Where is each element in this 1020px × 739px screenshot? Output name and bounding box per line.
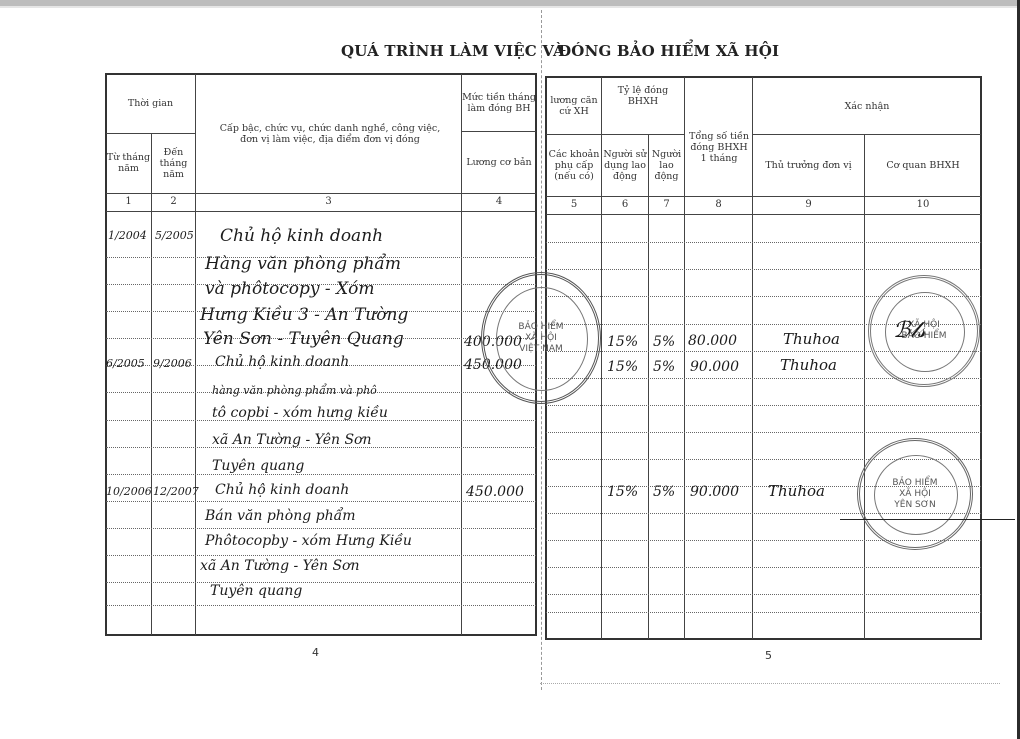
header-employer: Người sử dụng lao động: [602, 136, 648, 195]
column-number: 7: [649, 199, 684, 210]
row-2-employer-rate: 15%: [607, 359, 638, 375]
row-3-from: 10/2006: [106, 485, 152, 498]
column-number: 2: [152, 196, 195, 207]
agency-signature-1: ℬ𝓁𝓈: [893, 318, 926, 343]
grid-line: [546, 196, 981, 197]
seal-inner-ring: [496, 287, 588, 391]
grid-line: [195, 74, 196, 635]
row-1-description-line: và phôtocopy - Xóm: [205, 279, 375, 299]
header-allowances: Các khoản phụ cấp (nếu có): [547, 136, 601, 195]
grid-line: [546, 214, 981, 215]
row-1-unit-head-signature: Thuhoa: [783, 330, 840, 348]
row-2-description-line: Tuyên quang: [212, 458, 304, 474]
column-number: 5: [547, 199, 601, 210]
row-3-base-salary: 450.000: [466, 484, 524, 500]
page-number-right: 5: [765, 649, 772, 662]
row-2-total: 90.000: [690, 359, 739, 375]
row-1-description-line: Hưng Kiều 3 - An Tường: [200, 305, 408, 325]
header-confirm: Xác nhận: [753, 78, 981, 134]
ruled-line: [546, 612, 981, 613]
header-base-salary: Lương cơ bản: [462, 132, 536, 192]
agency-seal-2: BẢO HIỂM XÃ HỘI YÊN SƠN: [857, 438, 973, 550]
header-position: Cấp bậc, chức vụ, chức danh nghề, công v…: [215, 75, 445, 192]
grid-line: [684, 77, 685, 639]
grid-line: [106, 211, 536, 212]
row-3-employer-rate: 15%: [607, 484, 638, 500]
row-1-description-line: Yên Sơn - Tuyên Quang: [203, 329, 404, 349]
grid-line: [601, 135, 602, 639]
row-1-from: 1/2004: [108, 229, 147, 242]
grid-line: [752, 134, 981, 135]
row-2-description-line: hàng văn phòng phẩm và phô: [212, 384, 377, 397]
column-number: 8: [685, 199, 752, 210]
header-time: Thời gian: [106, 75, 195, 132]
header-agency: Cơ quan BHXH: [865, 136, 981, 195]
row-1-to: 5/2005: [155, 229, 194, 242]
column-number: 3: [196, 196, 461, 207]
ruled-line: [546, 405, 981, 406]
grid-line: [648, 135, 649, 639]
header-unit-head: Thủ trưởng đơn vị: [753, 136, 864, 195]
row-2-description-line: Chủ hộ kinh doanh: [215, 354, 349, 370]
ruled-line: [546, 594, 981, 595]
row-1-description-line: Hàng văn phòng phẩm: [205, 254, 401, 274]
row-3-description-line: Phôtocopby - xóm Hưng Kiều: [205, 533, 412, 549]
ruled-line: [106, 474, 536, 475]
row-1-description-line: Chủ hộ kinh doanh: [220, 226, 383, 246]
ruled-line: [546, 432, 981, 433]
social-insurance-seal: BẢO HIỂM XÃ HỘI VIỆT NAM: [481, 272, 601, 404]
signature-stroke: [840, 519, 1015, 520]
document-title-right: ĐÓNG BẢO HIỂM XÃ HỘI: [558, 42, 779, 60]
row-3-to: 12/2007: [153, 485, 199, 498]
row-3-description-line: Tuyên quang: [210, 583, 302, 599]
row-1-total: 80.000: [688, 333, 737, 349]
row-2-to: 9/2006: [153, 357, 192, 370]
row-1-employee-rate: 5%: [653, 334, 675, 350]
ruled-line: [106, 605, 536, 606]
column-number: 6: [602, 199, 648, 210]
header-rate: Tỷ lệ đóng BHXH: [602, 78, 684, 114]
row-2-description-line: xã An Tường - Yên Sơn: [212, 432, 371, 448]
document-title-left: QUÁ TRÌNH LÀM VIỆC VÀ: [341, 42, 565, 60]
header-employee: Người lao động: [649, 136, 684, 195]
row-3-description-line: xã An Tường - Yên Sơn: [200, 558, 359, 574]
header-salary-level: Mức tiền tháng làm đóng BH: [462, 75, 536, 130]
column-number: 10: [865, 199, 981, 210]
row-3-total: 90.000: [690, 484, 739, 500]
ruled-line: [106, 582, 536, 583]
header-total: Tổng số tiền đóng BHXH 1 tháng: [686, 98, 752, 196]
seal-inner-ring: [874, 455, 958, 535]
grid-line: [151, 133, 152, 635]
row-3-description-line: Bán văn phòng phẩm: [205, 508, 356, 524]
row-2-employee-rate: 5%: [653, 359, 675, 375]
row-2-description-line: tô copbi - xóm hưng kiều: [212, 405, 388, 421]
header-salary-continued: lương căn cứ XH: [547, 78, 601, 134]
header-from: Từ tháng năm: [106, 134, 151, 192]
ruled-line: [106, 528, 536, 529]
row-3-unit-head-signature: Thuhoa: [768, 482, 825, 500]
row-2-from: 6/2005: [106, 357, 145, 370]
ruled-line: [546, 567, 981, 568]
page-number-left: 4: [312, 646, 319, 659]
scan-top-shadow: [0, 6, 1020, 8]
column-number: 9: [753, 199, 864, 210]
ruled-line: [106, 501, 536, 502]
ruled-line: [546, 269, 981, 270]
ruled-line: [546, 242, 981, 243]
row-3-employee-rate: 5%: [653, 484, 675, 500]
column-number: 4: [462, 196, 536, 207]
grid-line: [546, 134, 684, 135]
column-number: 1: [106, 196, 151, 207]
grid-line: [864, 135, 865, 639]
grid-line: [106, 193, 536, 194]
row-3-description-line: Chủ hộ kinh doanh: [215, 482, 349, 498]
header-to: Đến tháng năm: [152, 134, 195, 192]
ruled-line: [106, 555, 536, 556]
row-2-unit-head-signature: Thuhoa: [780, 356, 837, 374]
row-1-employer-rate: 15%: [607, 334, 638, 350]
scan-bottom-noise: [540, 683, 1000, 684]
